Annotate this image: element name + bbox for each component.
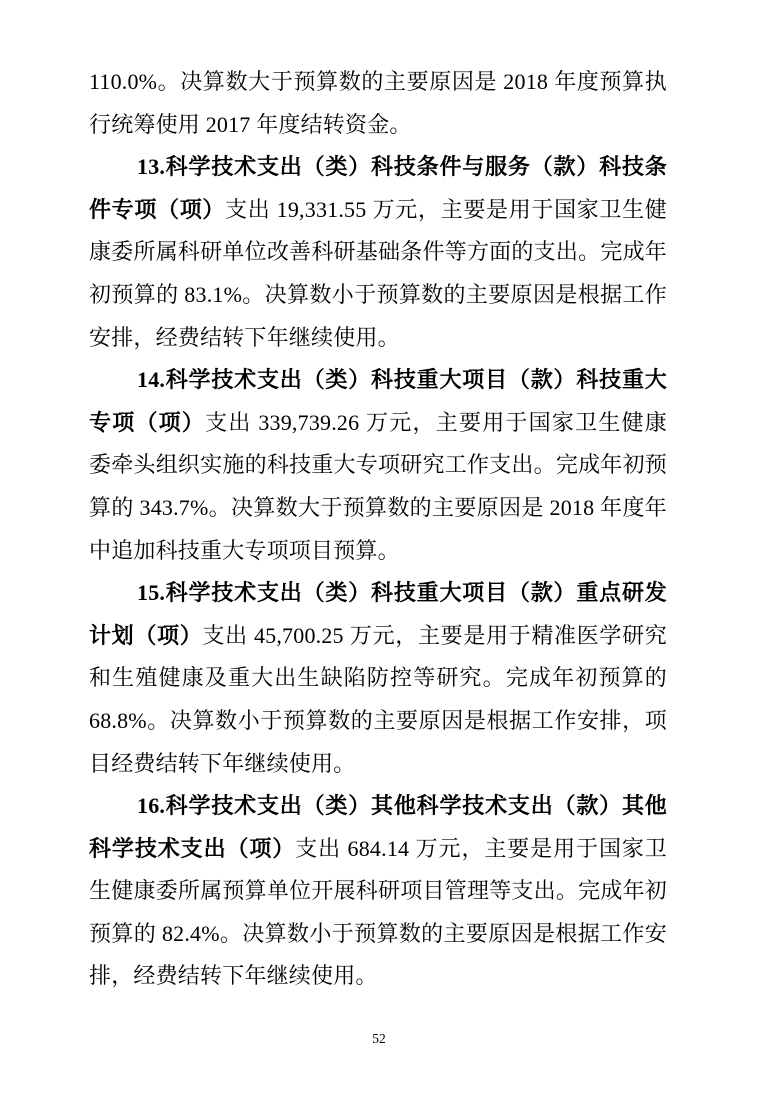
- document-body: 110.0%。决算数大于预算数的主要原因是 2018 年度预算执行统筹使用 20…: [89, 61, 667, 998]
- paragraph-item-13: 13.科学技术支出（类）科技条件与服务（款）科技条件专项（项）支出 19,331…: [89, 146, 667, 359]
- paragraph-text: 110.0%。决算数大于预算数的主要原因是 2018 年度预算执行统筹使用 20…: [89, 69, 667, 137]
- paragraph-item-16: 16.科学技术支出（类）其他科学技术支出（款）其他科学技术支出（项）支出 684…: [89, 785, 667, 998]
- page-footer: 52: [0, 1030, 758, 1048]
- paragraph-item-14: 14.科学技术支出（类）科技重大项目（款）科技重大专项（项）支出 339,739…: [89, 359, 667, 572]
- page-number: 52: [372, 1031, 386, 1046]
- paragraph-item-15: 15.科学技术支出（类）科技重大项目（款）重点研发计划（项）支出 45,700.…: [89, 572, 667, 785]
- paragraph-continuation: 110.0%。决算数大于预算数的主要原因是 2018 年度预算执行统筹使用 20…: [89, 61, 667, 146]
- document-page: 110.0%。决算数大于预算数的主要原因是 2018 年度预算执行统筹使用 20…: [0, 0, 758, 1100]
